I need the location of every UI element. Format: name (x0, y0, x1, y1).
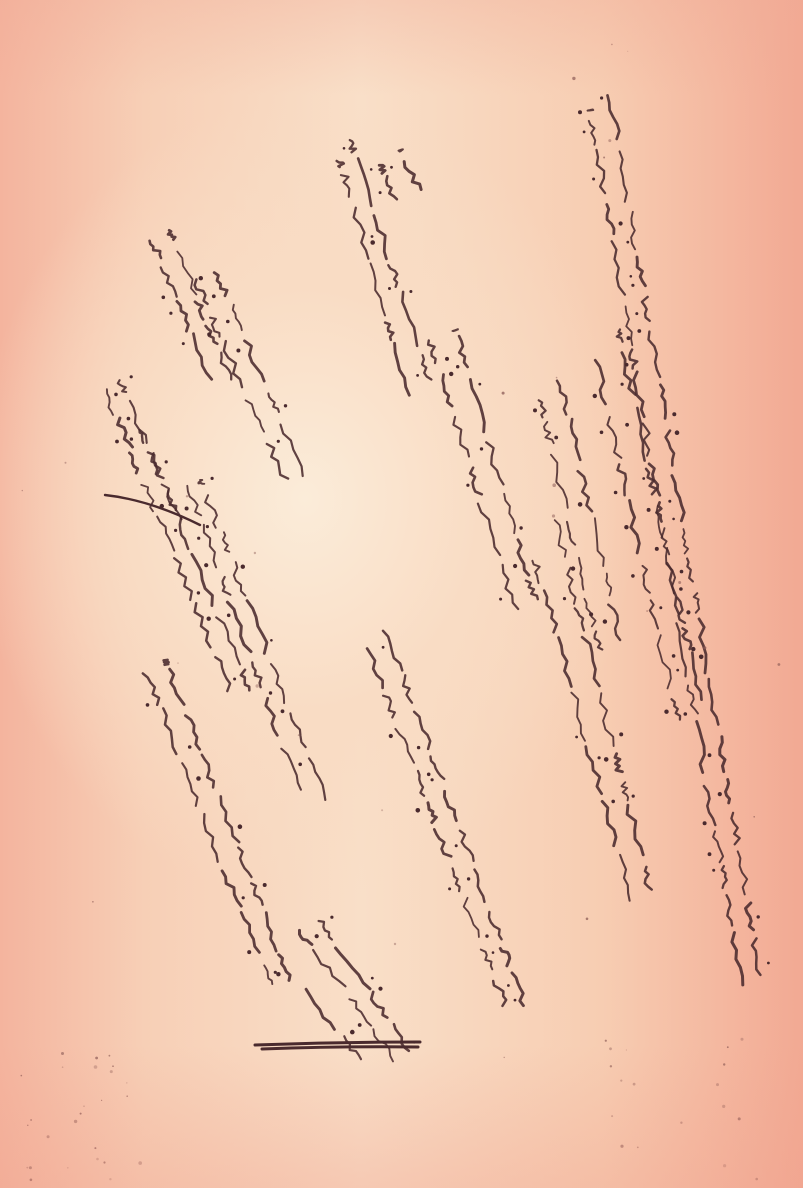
paper-speck (741, 1038, 744, 1041)
paper-speck (603, 157, 605, 159)
paper-speck (138, 1161, 142, 1165)
paper-speck (680, 1122, 682, 1124)
handwritten-line: Handwritten line 8 (150, 241, 212, 379)
paper-speck (626, 1049, 627, 1050)
paper-speck (80, 1113, 82, 1115)
paper-speck (65, 462, 67, 464)
paper-speck (94, 1147, 96, 1149)
paper-speck (110, 1070, 113, 1073)
paper-speck (62, 1066, 64, 1068)
handwritten-line: Handwritten line 1 (382, 631, 524, 1006)
paper-speck (738, 1117, 741, 1120)
handwritten-line: Handwritten line 5 (118, 375, 250, 690)
paper-speck (552, 514, 555, 517)
paper-speck (605, 1040, 607, 1042)
paper-speck (394, 943, 396, 945)
paper-speck (92, 901, 94, 903)
paper-speck (502, 392, 505, 395)
paper-speck (646, 610, 648, 612)
paper-speck (67, 1167, 69, 1169)
handwriting-layer: Handwritten line 1 (top-right couplet, f… (0, 0, 803, 1188)
paper-speck (101, 1100, 102, 1101)
handwritten-line: Handwritten line 1 (198, 477, 325, 800)
paper-speck (177, 662, 178, 663)
paper-speck (83, 1106, 84, 1107)
paper-speck (74, 1120, 77, 1123)
paper-speck (611, 1115, 613, 1117)
paper-speck (716, 1083, 719, 1086)
paper-speck (27, 1125, 28, 1126)
paper-speck (126, 1082, 127, 1083)
handwritten-line: Handwritten line 7 (399, 149, 422, 189)
paper-speck (609, 1047, 612, 1050)
paper-speck (753, 816, 755, 818)
handwritten-line: Handwritten line 7 (168, 230, 231, 379)
paper-speck (29, 1166, 32, 1169)
paper-speck (608, 139, 611, 142)
paper-speck (21, 1075, 23, 1077)
handwritten-line: Handwritten line 4 (593, 360, 681, 719)
paper-speck (298, 734, 300, 736)
paper-speck (47, 1135, 50, 1138)
paper-speck (22, 490, 23, 491)
paper-speck (556, 377, 558, 379)
closing-line (255, 1042, 420, 1049)
handwritten-line: Handwritten line 7 (557, 381, 620, 640)
paper-speck (30, 1179, 33, 1182)
handwritten-line: Handwritten line 5 (555, 520, 652, 890)
paper-speck (722, 1105, 725, 1108)
paper-speck (611, 44, 613, 46)
handwritten-line: Handwritten line 1 (164, 660, 290, 981)
handwritten-line: Handwritten line 3 (452, 329, 537, 599)
paper-speck (96, 1158, 99, 1161)
handwritten-line: Handwritten line 2 (187, 486, 301, 790)
paper-speck (61, 1052, 64, 1055)
paper-speck (620, 1080, 622, 1082)
handwritten-line: Handwritten line 8 (379, 165, 397, 199)
paper-speck (723, 1063, 725, 1065)
paper-speck (381, 809, 383, 811)
paper-speck (94, 1065, 98, 1069)
paper-speck (95, 1057, 98, 1060)
handwritten-line: Handwritten line 1 (top-right couplet, f… (600, 95, 770, 975)
paper-speck (254, 552, 256, 554)
paper-speck (627, 51, 628, 52)
paper-speck (620, 1145, 623, 1148)
paper-speck (30, 1119, 32, 1121)
paper-speck (633, 1083, 636, 1086)
handwritten-line: Handwritten line 2 (143, 673, 281, 984)
paper-speck (26, 1167, 28, 1169)
handwritten-line: Handwritten line 6 (107, 389, 230, 691)
handwritten-line: Handwritten line 4 (195, 279, 289, 478)
paper-speck (755, 1178, 758, 1181)
paper-speck (572, 77, 575, 80)
paper-speck (256, 684, 259, 687)
paper-speck (126, 1095, 128, 1097)
paper-speck (109, 1055, 111, 1057)
paper-speck (586, 918, 589, 921)
handwritten-line: Handwritten line 3 (130, 430, 189, 519)
paper-speck (504, 1057, 505, 1058)
handwritten-line: Handwritten line 6 (337, 161, 410, 395)
handwritten-line: Handwritten line 2 (top-right couplet, s… (578, 110, 743, 985)
paper-speck (186, 495, 188, 497)
handwritten-line: Handwritten line 4 (319, 916, 416, 1051)
paper-speck (103, 1161, 105, 1163)
paper-speck (723, 1164, 726, 1167)
paper-speck (703, 646, 706, 649)
paper-speck (727, 1046, 729, 1048)
paper-speck (678, 581, 681, 584)
handwritten-line: Handwritten line 8 (533, 400, 602, 649)
manuscript-page: Handwritten Ottoman Turkish manuscript p… (0, 0, 803, 1188)
handwritten-line: Handwritten line 4 (428, 340, 518, 609)
paper-speck (552, 483, 556, 487)
paper-speck (610, 1065, 612, 1067)
paper-speck (112, 1065, 114, 1067)
paper-speck (109, 1178, 111, 1180)
handwritten-line: Handwritten line 3 (212, 273, 303, 476)
paper-speck (778, 663, 781, 666)
paper-speck (637, 1147, 639, 1149)
